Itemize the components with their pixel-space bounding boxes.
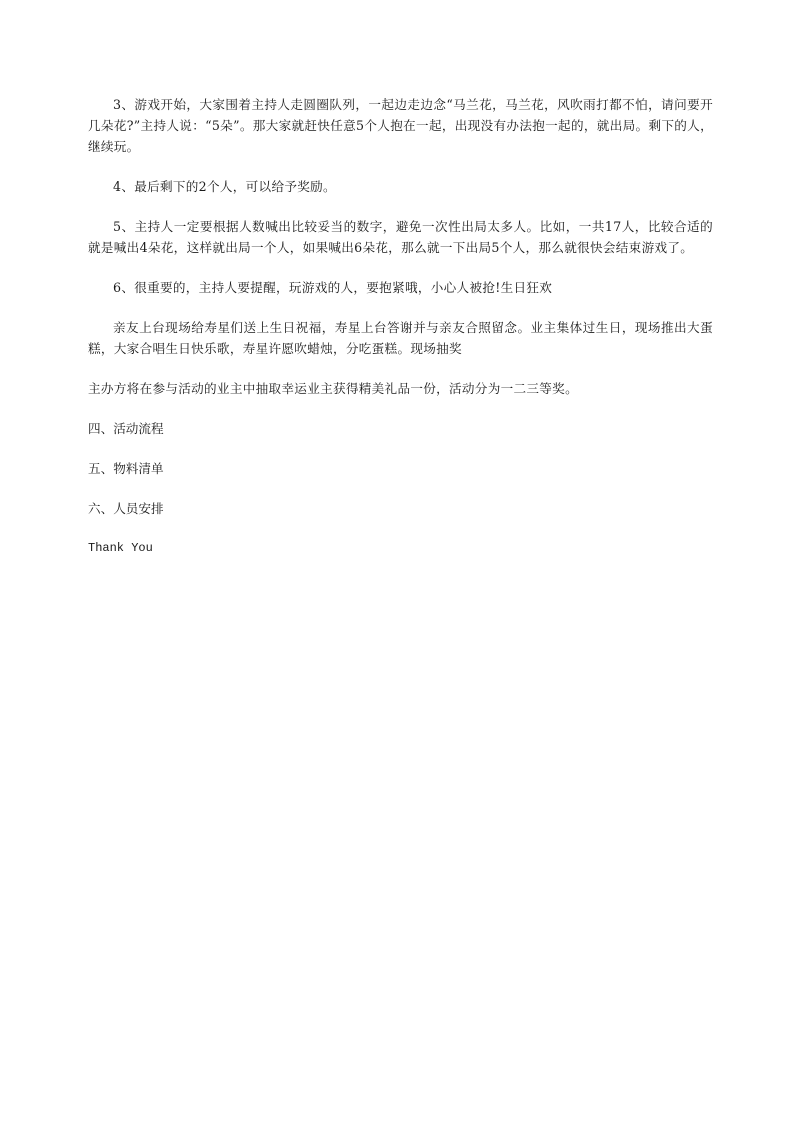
closing-thank-you: Thank You xyxy=(88,538,713,559)
paragraph-reminder: 6、很重要的，主持人要提醒，玩游戏的人，要抱紧哦，小心人被抢!生日狂欢 xyxy=(88,277,713,298)
paragraph-birthday-party: 亲友上台现场给寿星们送上生日祝福，寿星上台答谢并与亲友合照留念。业主集体过生日，… xyxy=(88,317,713,359)
paragraph-host-numbers: 5、主持人一定要根据人数喊出比较妥当的数字，避免一次性出局太多人。比如，一共17… xyxy=(88,216,713,258)
document-page: 3、游戏开始，大家围着主持人走圆圈队列，一起边走边念“马兰花，马兰花，风吹雨打都… xyxy=(88,94,713,578)
paragraph-game-start: 3、游戏开始，大家围着主持人走圆圈队列，一起边走边念“马兰花，马兰花，风吹雨打都… xyxy=(88,94,713,157)
heading-activity-flow: 四、活动流程 xyxy=(88,418,713,439)
paragraph-reward: 4、最后剩下的2个人，可以给予奖励。 xyxy=(88,176,713,197)
heading-materials-list: 五、物料清单 xyxy=(88,458,713,479)
paragraph-lottery: 主办方将在参与活动的业主中抽取幸运业主获得精美礼品一份，活动分为一二三等奖。 xyxy=(88,378,713,399)
heading-staff-arrangement: 六、人员安排 xyxy=(88,498,713,519)
